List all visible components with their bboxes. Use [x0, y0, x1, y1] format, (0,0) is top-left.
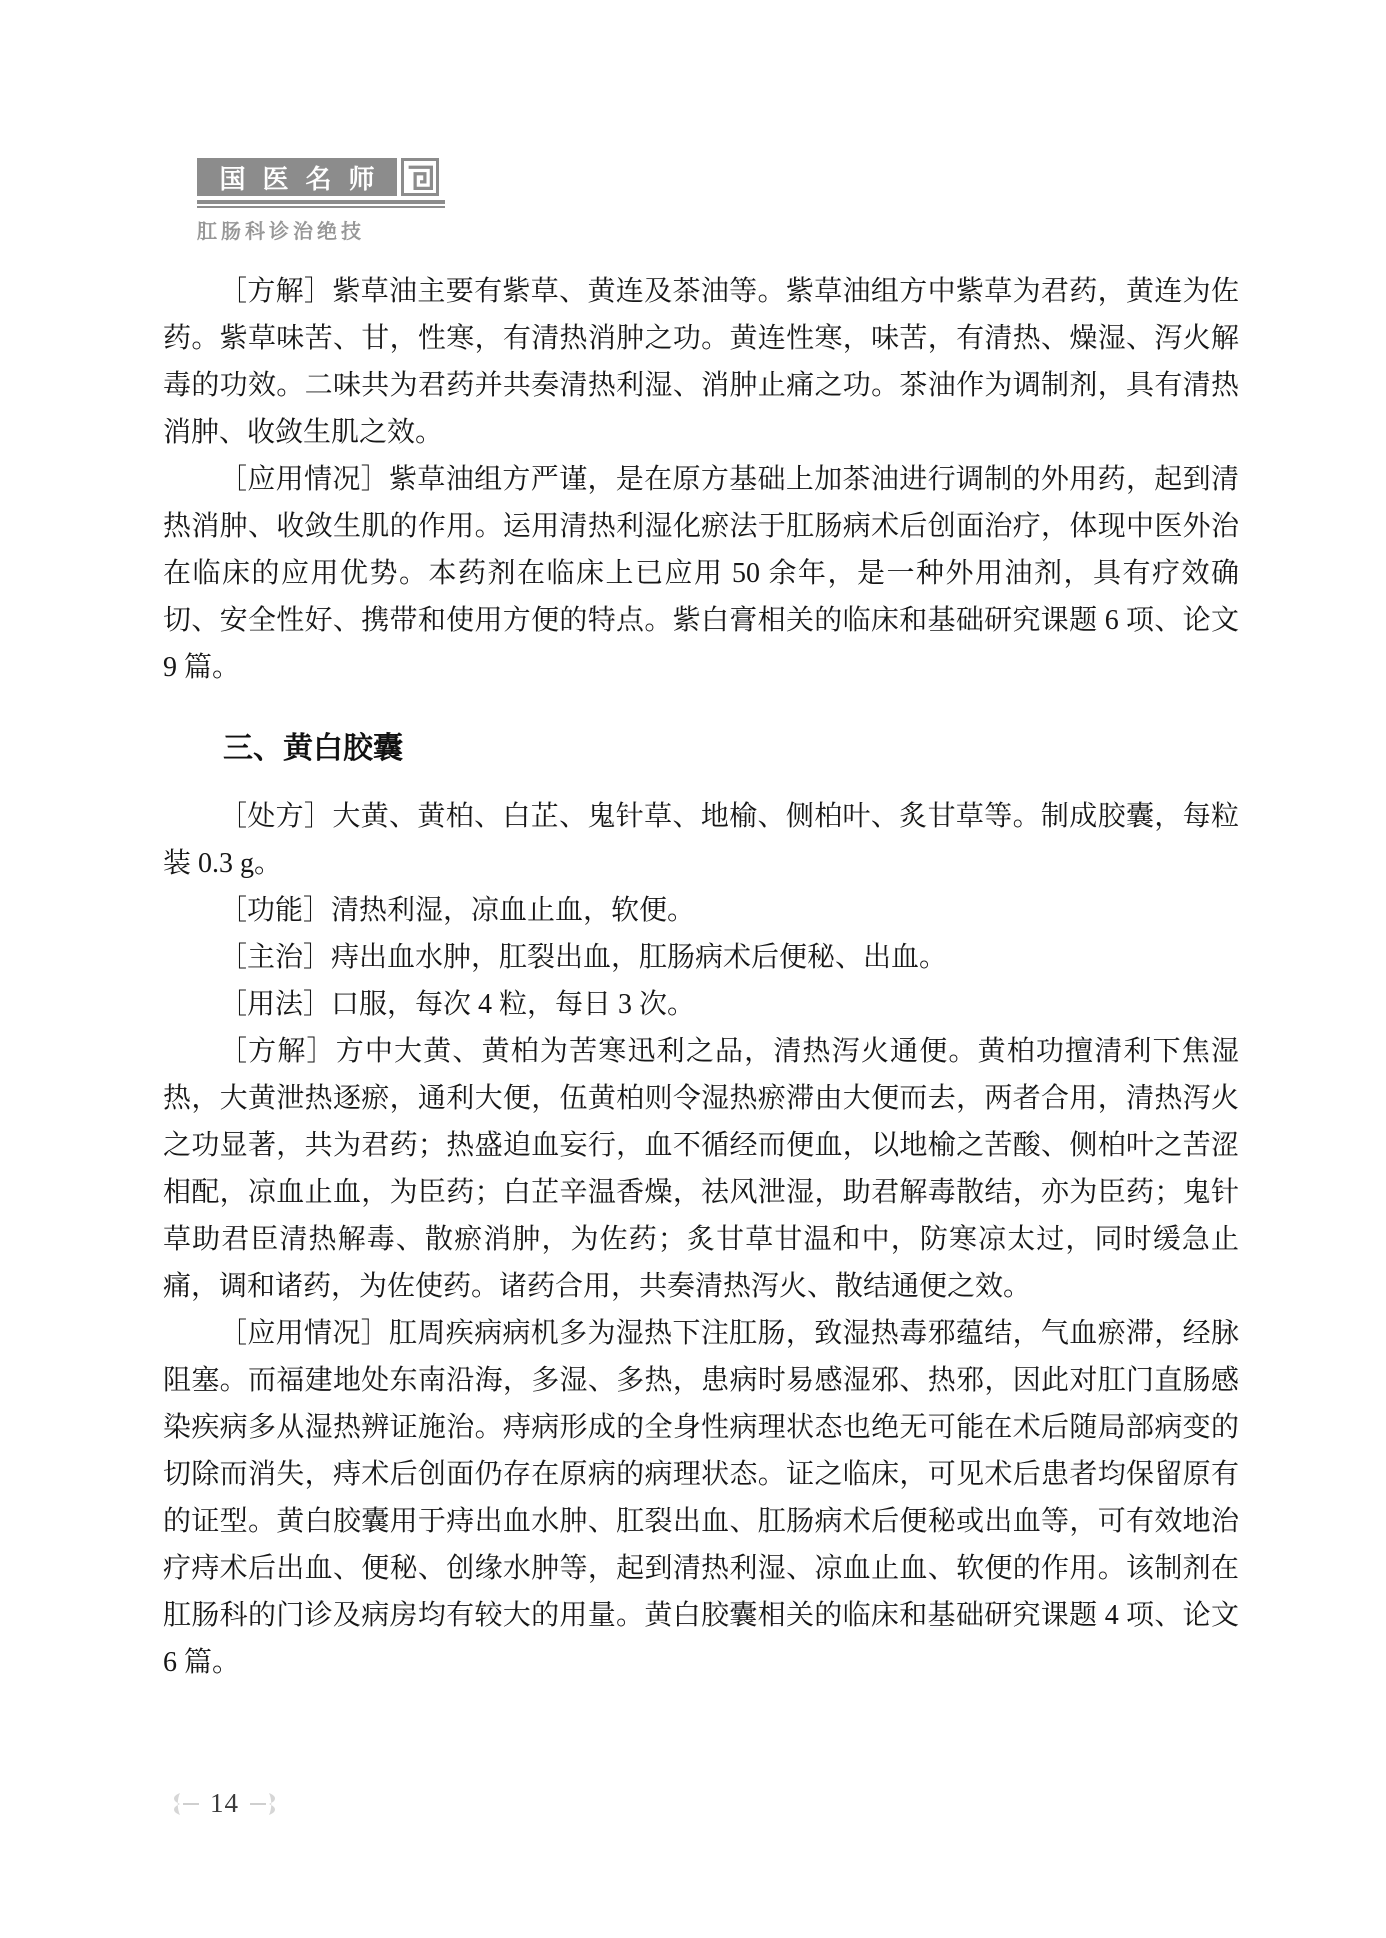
paragraph-yingyong-zicaoyou: ［应用情况］紫草油组方严谨，是在原方基础上加茶油进行调制的外用药，起到清热消肿、… — [163, 456, 1239, 691]
series-banner: 国医名师 — [197, 158, 397, 196]
series-title: 国医名师 — [202, 159, 391, 196]
section-heading: 三、黄白胶囊 — [163, 723, 1239, 767]
paragraph-chufang: ［处方］大黄、黄柏、白芷、鬼针草、地榆、侧柏叶、炙甘草等。制成胶囊，每粒装 0.… — [163, 793, 1239, 887]
page-content: ［方解］紫草油主要有紫草、黄连及茶油等。紫草油组方中紫草为君药，黄连为佐药。紫草… — [163, 268, 1239, 1686]
flourish-right-icon — [247, 1792, 281, 1816]
series-logo: 国医名师 肛肠科诊治绝技 — [197, 158, 445, 244]
paragraph-gongneng: ［功能］清热利湿，凉血止血，软便。 — [163, 887, 1239, 934]
series-subtitle: 肛肠科诊治绝技 — [197, 215, 445, 244]
banner-rule-thin — [197, 206, 445, 208]
paragraph-fangjie-huangbai: ［方解］方中大黄、黄柏为苦寒迅利之品，清热泻火通便。黄柏功擅清利下焦湿热，大黄泄… — [163, 1028, 1239, 1310]
flourish-left-icon — [168, 1792, 202, 1816]
page-footer: 14 — [168, 1788, 281, 1819]
paragraph-yingyong-huangbai: ［应用情况］肛周疾病病机多为湿热下注肛肠，致湿热毒邪蕴结，气血瘀滞，经脉阻塞。而… — [163, 1310, 1239, 1686]
banner-row: 国医名师 — [197, 158, 445, 196]
paragraph-yongfa: ［用法］口服，每次 4 粒，每日 3 次。 — [163, 981, 1239, 1028]
paragraph-zhuzhi: ［主治］痔出血水肿，肛裂出血，肛肠病术后便秘、出血。 — [163, 934, 1239, 981]
paragraph-fangjie-zicaoyou: ［方解］紫草油主要有紫草、黄连及茶油等。紫草油组方中紫草为君药，黄连为佐药。紫草… — [163, 268, 1239, 456]
book-page: 国医名师 肛肠科诊治绝技 ［方解］紫草油主要有紫草、黄连及茶油等。紫草油组方中紫… — [0, 0, 1386, 1938]
banner-rule-thick — [197, 200, 445, 204]
page-number: 14 — [208, 1788, 241, 1819]
spiral-ornament-icon — [401, 158, 439, 196]
